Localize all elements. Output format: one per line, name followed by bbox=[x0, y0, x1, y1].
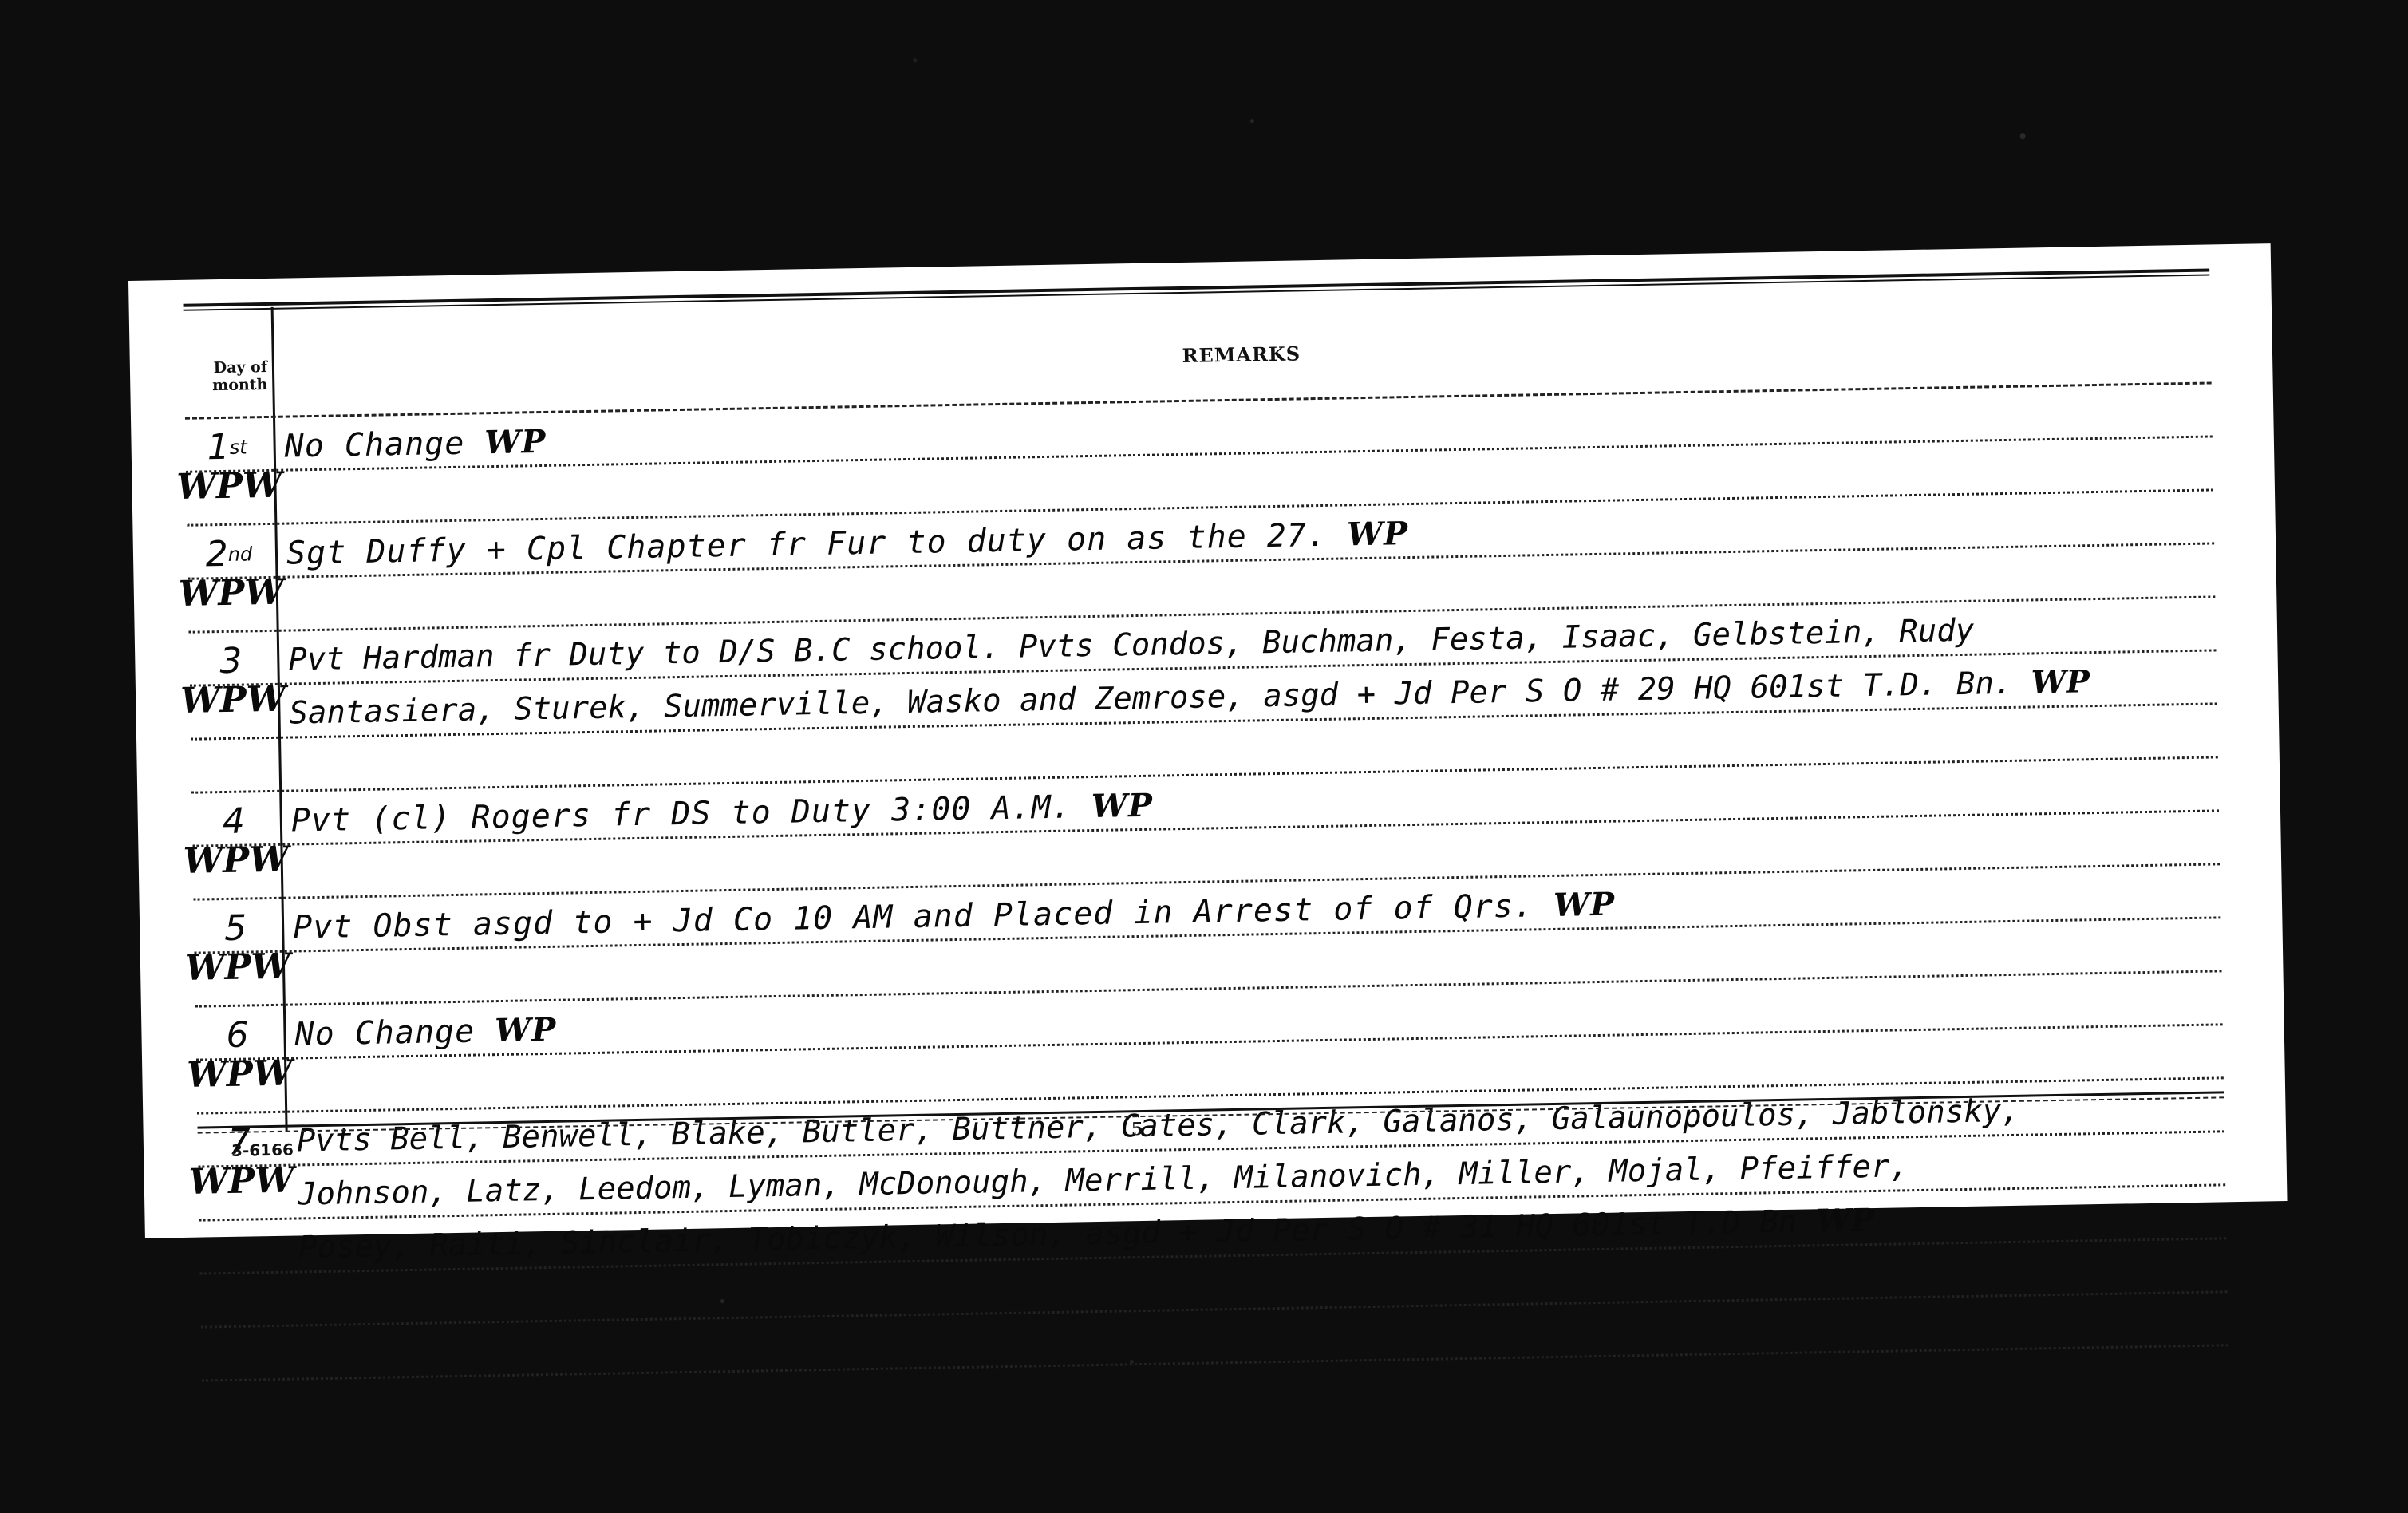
clerk-initials: WPW bbox=[187, 1052, 283, 1098]
signature-initials: WP bbox=[484, 423, 547, 461]
clerk-initials: WPW bbox=[178, 571, 274, 617]
day-number: 6 bbox=[195, 1016, 279, 1056]
day-value: 5 bbox=[224, 908, 247, 949]
clerk-initials: WPW bbox=[180, 677, 277, 724]
day-number: 2nd bbox=[188, 535, 271, 575]
day-of-month-header: Day of month bbox=[184, 358, 268, 395]
day-suffix: nd bbox=[228, 543, 253, 566]
remark-line-text: No Change bbox=[294, 1013, 476, 1053]
remark-line-text: No Change bbox=[284, 425, 465, 465]
remarks-sheet: Day of month REMARKS 1stNo Change WPWPW2… bbox=[128, 243, 2288, 1238]
remarks-header: REMARKS bbox=[272, 326, 2211, 382]
day-suffix: st bbox=[229, 436, 247, 458]
day-number: 5 bbox=[194, 909, 278, 949]
remarks-entries: 1stNo Change WPWPW2ndSgt Duffy + Cpl Cha… bbox=[185, 384, 2228, 1381]
day-value: 1 bbox=[207, 427, 230, 468]
signature-initials: WP bbox=[2031, 663, 2090, 701]
remarks-form: Day of month REMARKS 1stNo Change WPWPW2… bbox=[184, 268, 2224, 1165]
clerk-initials: WPW bbox=[188, 1159, 285, 1205]
day-number: 3 bbox=[189, 642, 273, 681]
signature-initials: WP bbox=[1091, 787, 1154, 825]
clerk-initials: WPW bbox=[185, 945, 282, 991]
day-value: 4 bbox=[222, 801, 245, 842]
signature-initials: WP bbox=[1553, 886, 1616, 924]
signature-initials: WP bbox=[1815, 1202, 1874, 1239]
day-number: 1st bbox=[185, 428, 269, 468]
clerk-initials: WPW bbox=[183, 838, 279, 884]
day-value: 3 bbox=[219, 641, 243, 681]
day-number: 4 bbox=[191, 802, 275, 842]
signature-initials: WP bbox=[495, 1011, 557, 1049]
day-value: 2 bbox=[205, 534, 228, 575]
page-number: 5 bbox=[1131, 1119, 1144, 1140]
signature-initials: WP bbox=[1347, 515, 1409, 553]
form-number: 3-6166 bbox=[231, 1140, 294, 1160]
remark-line-text: Pvt (cl) Rogers fr DS to Duty 3:00 A.M. bbox=[290, 788, 1072, 839]
clerk-initials: WPW bbox=[176, 464, 273, 510]
day-value: 6 bbox=[226, 1015, 249, 1056]
top-rule bbox=[184, 268, 2210, 310]
